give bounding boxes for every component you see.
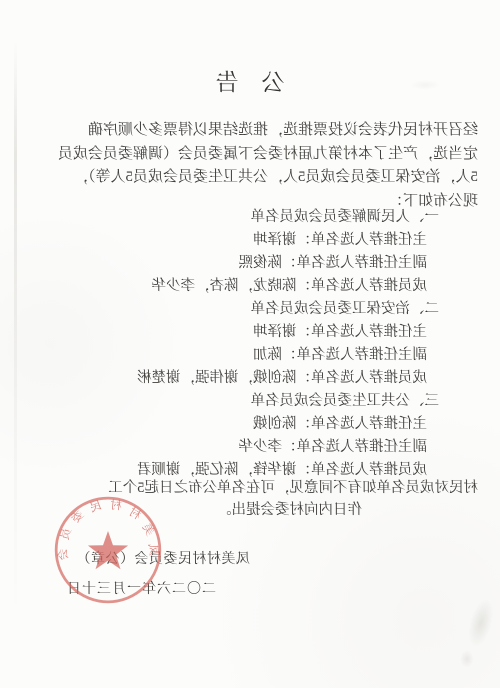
scan-crease: [14, 40, 17, 620]
list-item: 副主任推荐人选名单：李少华: [58, 436, 427, 459]
intro-line: 5人，治安保卫委员会成员5人，公共卫生委员会成员5人等），: [64, 166, 478, 190]
intro-line: 经召开村民代表会议投票推选，推选结果以得票多少顺序确: [64, 119, 478, 143]
seal-star-icon: [88, 531, 128, 569]
mirrored-document-content: 公 告 经召开村民代表会议投票推选，推选结果以得票多少顺序确 定当选，产生了本村…: [0, 0, 500, 688]
section-heading: 三、公共卫生委员会成员名单: [58, 390, 439, 413]
intro-paragraph: 经召开村民代表会议投票推选，推选结果以得票多少顺序确 定当选，产生了本村第九届村…: [64, 119, 478, 213]
list-item: 成员推荐人选名单：陈晓龙，陈杏，李少华: [58, 275, 427, 298]
scan-smudge: [460, 650, 474, 668]
list-item: 副主任推荐人选名单：陈俊熙: [58, 252, 427, 275]
section-heading: 一、人民调解委员会成员名单: [58, 206, 439, 229]
list-item: 主任推荐人选名单：陈创娥: [58, 413, 427, 436]
scanned-announcement-page: 公 告 经召开村民代表会议投票推选，推选结果以得票多少顺序确 定当选，产生了本村…: [0, 0, 500, 688]
list-item: 主任推荐人选名单：谢泽坤: [58, 321, 427, 344]
intro-line: 定当选，产生了本村第九届村委会下属委员会（调解委员会成员: [64, 143, 478, 167]
list-item: 主任推荐人选名单：谢泽坤: [58, 229, 427, 252]
list-item: 成员推荐人选名单：陈创娥，谢伟强，谢楚彬: [58, 367, 427, 390]
official-red-seal: 凤美村村民委员会: [53, 495, 163, 605]
list-item: 副主任推荐人选名单：陈加: [58, 344, 427, 367]
committee-lists: 一、人民调解委员会成员名单 主任推荐人选名单：谢泽坤 副主任推荐人选名单：陈俊熙…: [58, 206, 478, 482]
section-heading: 二、治安保卫委员会成员名单: [58, 298, 439, 321]
scan-smudge: [410, 80, 440, 90]
